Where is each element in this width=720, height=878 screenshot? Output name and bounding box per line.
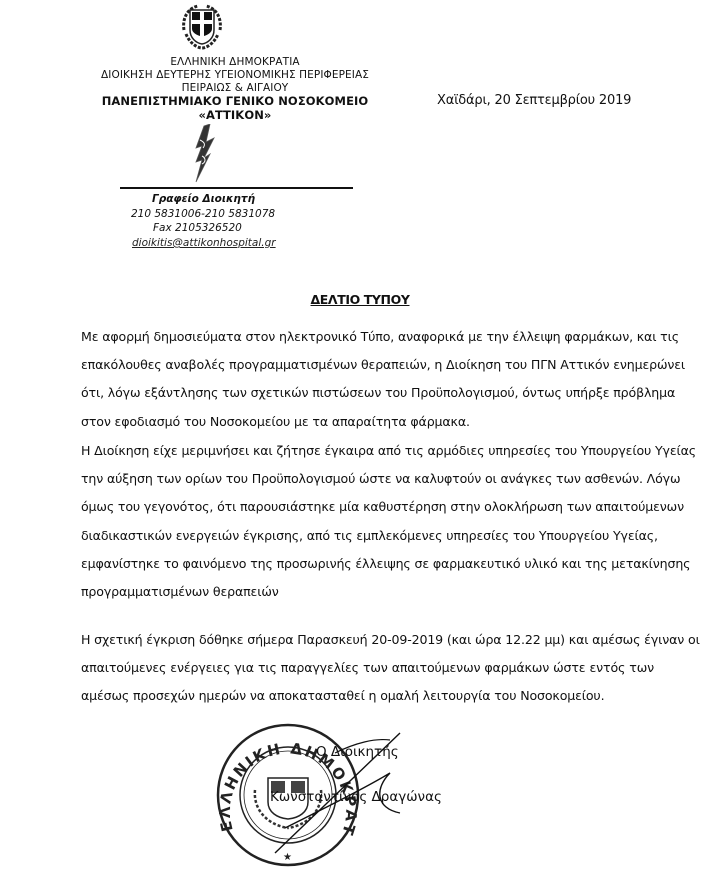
contact-office: Γραφείο Διοικητή — [120, 193, 385, 206]
contact-fax: Fax 2105326520 — [120, 222, 386, 235]
greek-coat-of-arms-icon — [176, 2, 228, 52]
document-title: ΔΕΛΤΙΟ ΤΥΠΟΥ — [0, 292, 720, 307]
contact-phones: 210 5831006-210 5831078 — [120, 208, 364, 221]
document-date: Χαϊδάρι, 20 Σεπτεμβρίου 2019 — [437, 93, 631, 108]
body-line: εμφανίστηκε το φαινόμενο της προσωρινής … — [81, 556, 654, 572]
body-line: Η Διοίκηση είχε μεριμνήσει και ζήτησε έγ… — [81, 443, 654, 459]
body-line: αμέσως προσεχών ημερών να αποκατασταθεί … — [81, 688, 654, 704]
body-line: διαδικαστικών ενεργειών έγκρισης, από τι… — [81, 528, 654, 544]
handwritten-signature — [225, 728, 425, 858]
header-authority-line1: ΔΙΟΙΚΗΣΗ ΔΕΥΤΕΡΗΣ ΥΓΕΙΟΝΟΜΙΚΗΣ ΠΕΡΙΦΕΡΕΙ… — [80, 69, 390, 82]
header-hospital-line2: «ΑΤΤΙΚΟΝ» — [80, 109, 390, 122]
lightning-bolt-logo-icon — [190, 124, 222, 184]
body-line: στον εφοδιασμό του Νοσοκομείου με τα απα… — [81, 414, 654, 430]
body-line: απαιτούμενες ενέργειες για τις παραγγελί… — [81, 660, 654, 676]
body-line: την αύξηση των ορίων του Προϋπολογισμού … — [81, 471, 654, 487]
contact-email-link[interactable]: dioikitis@attikonhospital.gr — [132, 237, 276, 249]
body-line: Η σχετική έγκριση δόθηκε σήμερα Παρασκευ… — [81, 632, 654, 648]
body-line: ότι, λόγω εξάντλησης των σχετικών πιστώσ… — [81, 385, 654, 401]
header-divider — [120, 187, 353, 189]
body-line: επακόλουθες αναβολές προγραμματισμένων θ… — [81, 357, 654, 373]
body-line: Με αφορμή δημοσιεύματα στον ηλεκτρονικό … — [81, 329, 654, 345]
body-line: προγραμματισμένων θεραπειών — [81, 584, 654, 600]
header-country: ΕΛΛΗΝΙΚΗ ΔΗΜΟΚΡΑΤΙΑ — [80, 56, 390, 69]
header-hospital-line1: ΠΑΝΕΠΙΣΤΗΜΙΑΚΟ ΓΕΝΙΚΟ ΝΟΣΟΚΟΜΕΙΟ — [80, 95, 390, 108]
body-line: όμως του γεγονότος, ότι παρουσιάστηκε μί… — [81, 499, 654, 515]
